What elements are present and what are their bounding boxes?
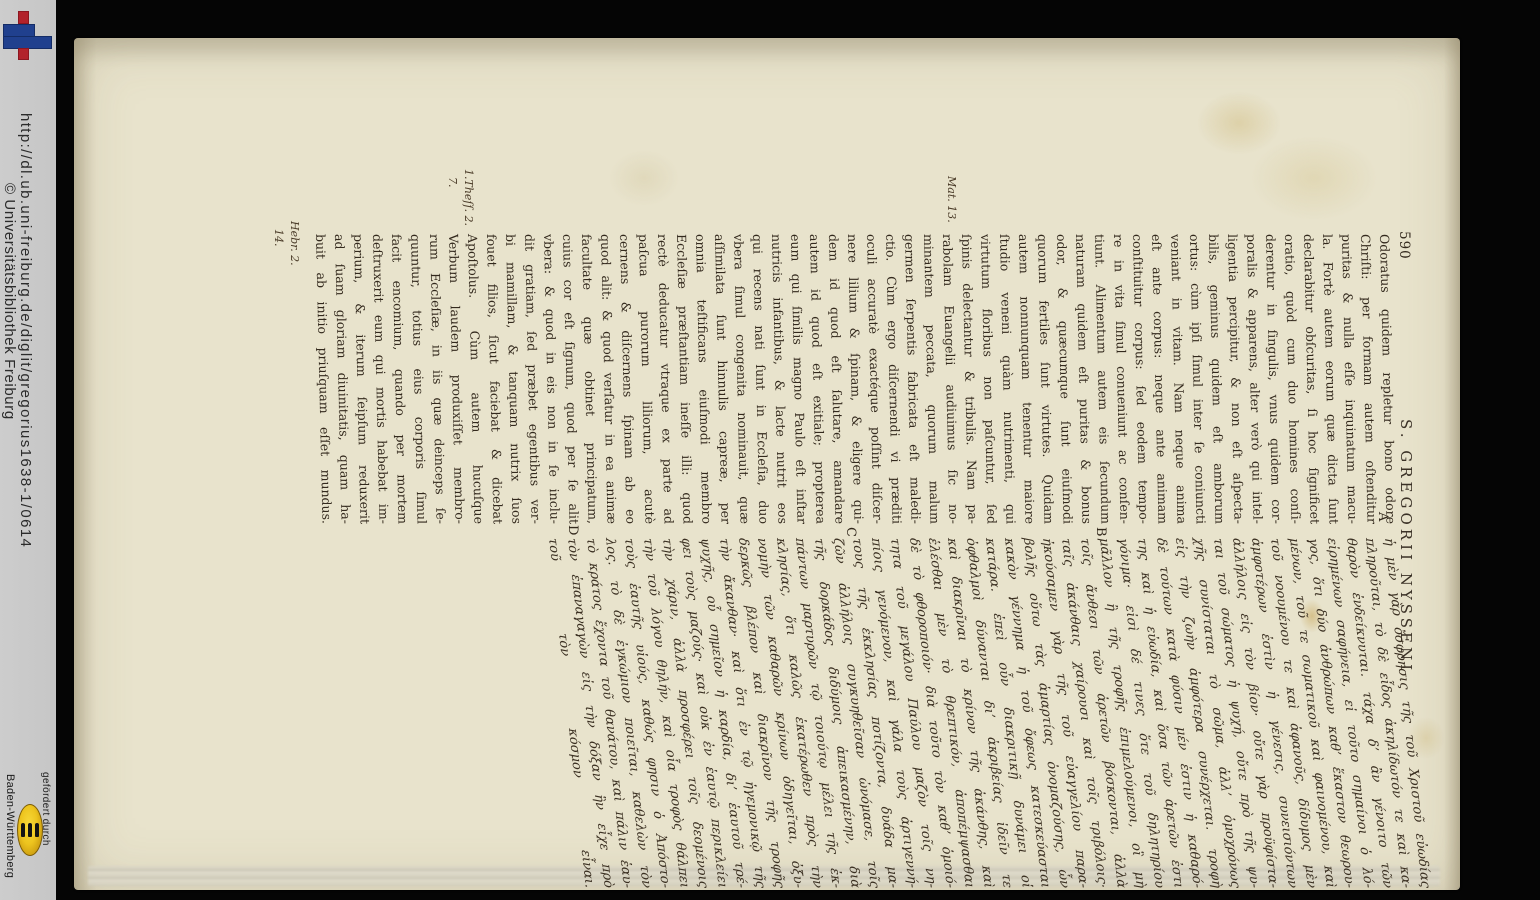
baden-wuerttemberg-crest-icon — [17, 804, 43, 856]
section-marker-b: B — [1093, 527, 1108, 537]
funding-region-text: Baden-Württemberg — [4, 774, 16, 878]
copyright-text: © Universitätsbibliothek Freiburg — [1, 183, 18, 420]
margin-note-thessalonians: 1.Theſſ. 2. — [462, 169, 475, 226]
latin-text-column: Odoratus quidem repletur bono odoreChriſ… — [311, 234, 1401, 524]
source-url-text: http://dl.ub.uni-freiburg.de/diglit/greg… — [17, 113, 34, 548]
logo-red-square-icon — [18, 11, 29, 24]
section-marker-c: C — [843, 527, 858, 537]
section-marker-d: D — [565, 525, 580, 535]
page-number: 590 — [1396, 231, 1412, 260]
lion-figure-icon — [35, 823, 39, 837]
scan-background: 590 S. GREGORII NYSSENI Odoratus quidem … — [56, 0, 1540, 900]
margin-note-hebrews-verse: 14. — [272, 229, 285, 247]
logo-red-square-icon — [18, 48, 29, 60]
lion-figure-icon — [28, 823, 32, 837]
page-content-rotated: 590 S. GREGORII NYSSENI Odoratus quidem … — [74, 38, 1460, 890]
book-page-scan: 590 S. GREGORII NYSSENI Odoratus quidem … — [74, 38, 1460, 890]
section-marker-a: A — [1375, 512, 1390, 521]
library-overlay-sidebar: http://dl.ub.uni-freiburg.de/diglit/greg… — [0, 0, 56, 900]
margin-note-thessalonians-verse: 7. — [446, 177, 459, 188]
margin-note-matthew: Mat. 13. — [945, 176, 958, 223]
lion-figure-icon — [21, 823, 25, 837]
greek-text-column: ἡ μὲν γὰρ ὄσφρησις τῆς τοῦ Χριστοῦ εὐωδί… — [543, 538, 1435, 888]
margin-note-hebrews: Hebr. 2. — [288, 221, 301, 266]
